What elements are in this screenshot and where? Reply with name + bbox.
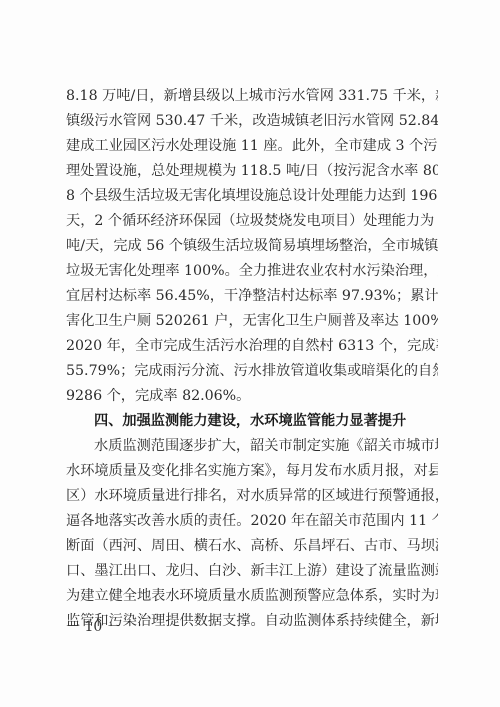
text-line: 垃圾无害化处理率 100%。全力推进农业农村水污染治理，美丽 [66,259,438,284]
paragraph-1: 8.18 万吨/日，新增县级以上城市污水管网 331.75 千米，新增 镇级污水… [66,84,438,409]
text-line: 断面（西河、周田、横石水、高桥、乐昌坪石、古市、马坝河出 [66,534,438,559]
text-line: 监管和污染治理提供数据支撑。自动监测体系持续健全，新增 [66,609,438,634]
text-line: 2020 年，全市完成生活污水治理的自然村 6313 个，完成率 [66,334,438,359]
text-line: 水质监测范围逐步扩大，韶关市制定实施《韶关市城市地表 [66,434,438,459]
text-line: 镇级污水管网 530.47 千米，改造城镇老旧污水管网 52.84 千米。 [66,109,438,134]
page-number: － 10 － [66,616,121,636]
text-line: 8.18 万吨/日，新增县级以上城市污水管网 331.75 千米，新增 [66,84,438,109]
text-line: 水环境质量及变化排名实施方案》，每月发布水质月报，对县（市、 [66,459,438,484]
text-line: 宜居村达标率 56.45%，干净整洁村达标率 97.93%；累计改成无 [66,284,438,309]
text-line: 天，2 个循环经济环保园（垃圾焚烧发电项目）处理能力为 1200 [66,209,438,234]
text-line: 吨/天，完成 56 个镇级生活垃圾简易填埋场整治，全市城镇生活 [66,234,438,259]
document-page: 8.18 万吨/日，新增县级以上城市污水管网 331.75 千米，新增 镇级污水… [0,0,500,707]
paragraph-2: 水质监测范围逐步扩大，韶关市制定实施《韶关市城市地表 水环境质量及变化排名实施方… [66,434,438,634]
text-line: 为建立健全地表水环境质量水质监测预警应急体系，实时为环境 [66,584,438,609]
text-line: 9286 个，完成率 82.06%。 [66,384,438,409]
text-line: 建成工业园区污水处理设施 11 座。此外，全市建成 3 个污泥处 [66,134,438,159]
section-heading: 四、加强监测能力建设，水环境监管能力显著提升 [66,409,438,434]
body-text: 8.18 万吨/日，新增县级以上城市污水管网 331.75 千米，新增 镇级污水… [66,84,438,634]
text-line: 口、墨江出口、龙归、白沙、新丰江上游）建设了流量监测站点， [66,559,438,584]
text-line: 逼各地落实改善水质的责任。2020 年在韶关市范围内 11 个水质 [66,509,438,534]
text-line: 8 个县级生活垃圾无害化填埋设施总设计处理能力达到 1963 吨/ [66,184,438,209]
text-line: 害化卫生户厕 520261 户，无害化卫生户厕普及率达 100%，截至 [66,309,438,334]
text-line: 区）水环境质量进行排名，对水质异常的区域进行预警通报，倒 [66,484,438,509]
text-line: 理处置设施，总处理规模为 118.5 吨/日（按污泥含水率 80%计）。 [66,159,438,184]
text-line: 55.79%；完成雨污分流、污水排放管道收集或暗渠化的自然村 [66,359,438,384]
